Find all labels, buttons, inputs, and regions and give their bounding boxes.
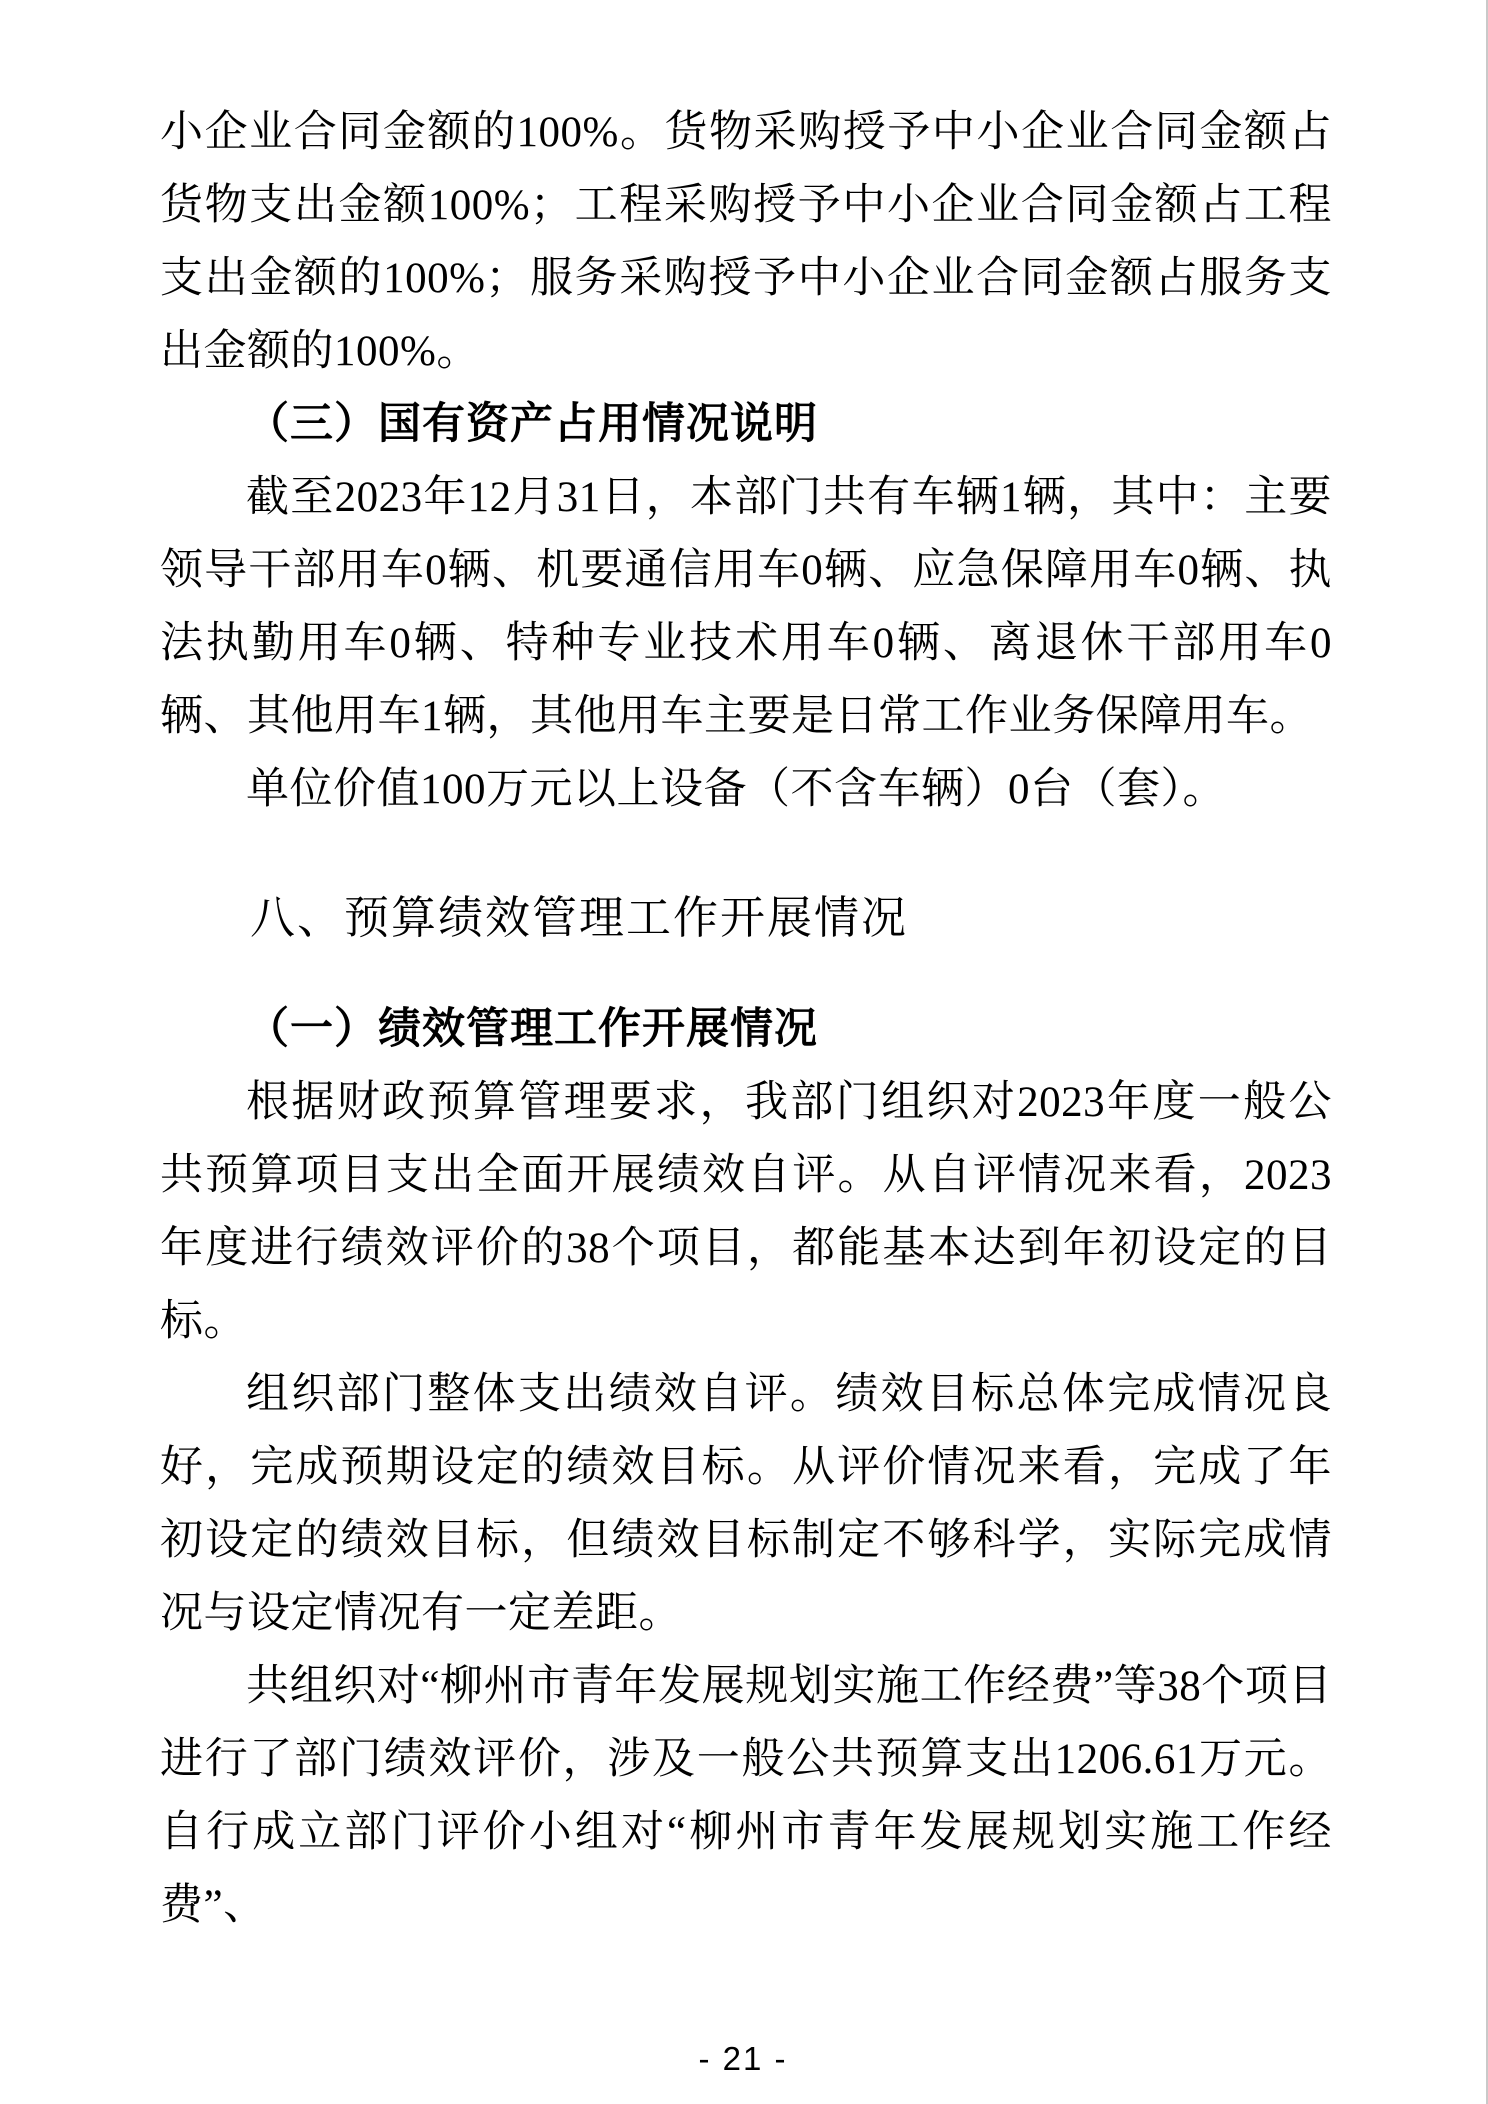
heading-state-assets-usage: （三）国有资产占用情况说明 xyxy=(160,388,1332,461)
page-content: 小企业合同金额的100%。货物采购授予中小企业合同金额占货物支出金额100%；工… xyxy=(160,96,1332,1942)
heading-section-8-budget-performance: 八、预算绩效管理工作开展情况 xyxy=(160,882,1332,955)
paragraph-smb-contract-percentages: 小企业合同金额的100%。货物采购授予中小企业合同金额占货物支出金额100%；工… xyxy=(160,96,1332,388)
page-number: - 21 - xyxy=(0,2040,1486,2078)
paragraph-self-evaluation: 根据财政预算管理要求，我部门组织对2023年度一般公共预算项目支出全面开展绩效自… xyxy=(160,1066,1332,1358)
paragraph-vehicle-holdings: 截至2023年12月31日，本部门共有车辆1辆，其中：主要领导干部用车0辆、机要… xyxy=(160,461,1332,753)
paragraph-overall-performance-evaluation: 组织部门整体支出绩效自评。绩效目标总体完成情况良好，完成预期设定的绩效目标。从评… xyxy=(160,1358,1332,1650)
paragraph-project-performance-evaluation: 共组织对“柳州市青年发展规划实施工作经费”等38个项目进行了部门绩效评价，涉及一… xyxy=(160,1650,1332,1942)
paragraph-equipment-over-1m: 单位价值100万元以上设备（不含车辆）0台（套）。 xyxy=(160,753,1332,826)
document-page: 小企业合同金额的100%。货物采购授予中小企业合同金额占货物支出金额100%；工… xyxy=(0,0,1488,2104)
heading-performance-management-work: （一）绩效管理工作开展情况 xyxy=(160,993,1332,1066)
